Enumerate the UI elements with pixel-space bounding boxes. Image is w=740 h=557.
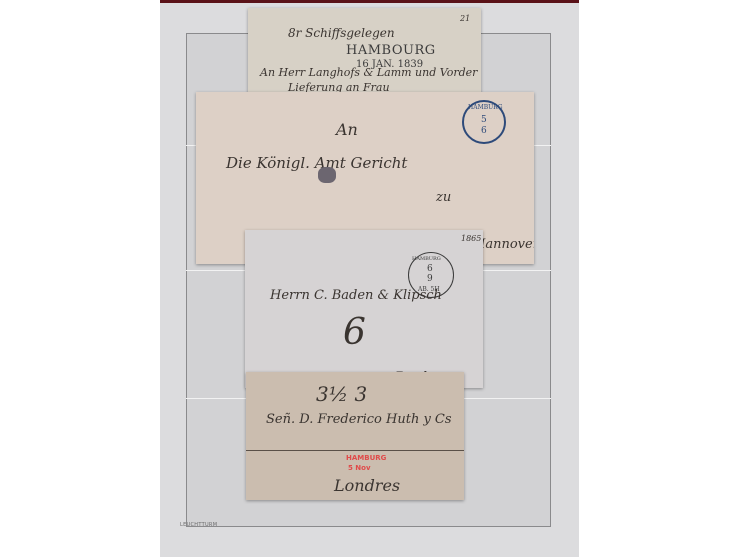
address-line: Londres	[334, 476, 400, 495]
rate-marking: 3½ 3	[316, 382, 367, 406]
corner-note: 1865	[461, 234, 481, 243]
address-line: An	[336, 120, 358, 139]
address-line: Die Königl. Amt Gericht	[226, 154, 407, 172]
postmark-line: HAMBOURG	[346, 43, 436, 58]
letter-cover-1: 8r Schiffsgelegen HAMBOURG 16 JAN. 1839 …	[248, 8, 481, 98]
corner-note: 21	[460, 14, 470, 23]
red-postmark-date: 5 Nov	[348, 464, 371, 472]
red-postmark: HAMBURG	[346, 454, 386, 462]
rate-marking: 6	[343, 312, 366, 353]
circular-postmark: HAMBURG 5 6	[462, 100, 506, 144]
brand-label: LEUCHTTURM	[180, 522, 217, 528]
seal-mark	[318, 167, 336, 183]
address-line: An Herr Langhofs & Lamm und Vorder	[260, 66, 477, 79]
letter-cover-4: 3½ 3 Señ. D. Frederico Huth y Cs HAMBURG…	[246, 372, 464, 500]
address-line: 8r Schiffsgelegen	[288, 26, 395, 40]
letter-cover-3: HAMBURG 6 9 AB. 5H 1865 Herrn C. Baden &…	[245, 230, 483, 388]
address-line: zu	[436, 190, 451, 205]
address-line: Herrn C. Baden & Klipsch	[270, 288, 442, 303]
address-line: Hannover	[474, 237, 534, 252]
album-top-edge	[160, 0, 579, 3]
address-line: Señ. D. Frederico Huth y Cs	[266, 412, 452, 427]
